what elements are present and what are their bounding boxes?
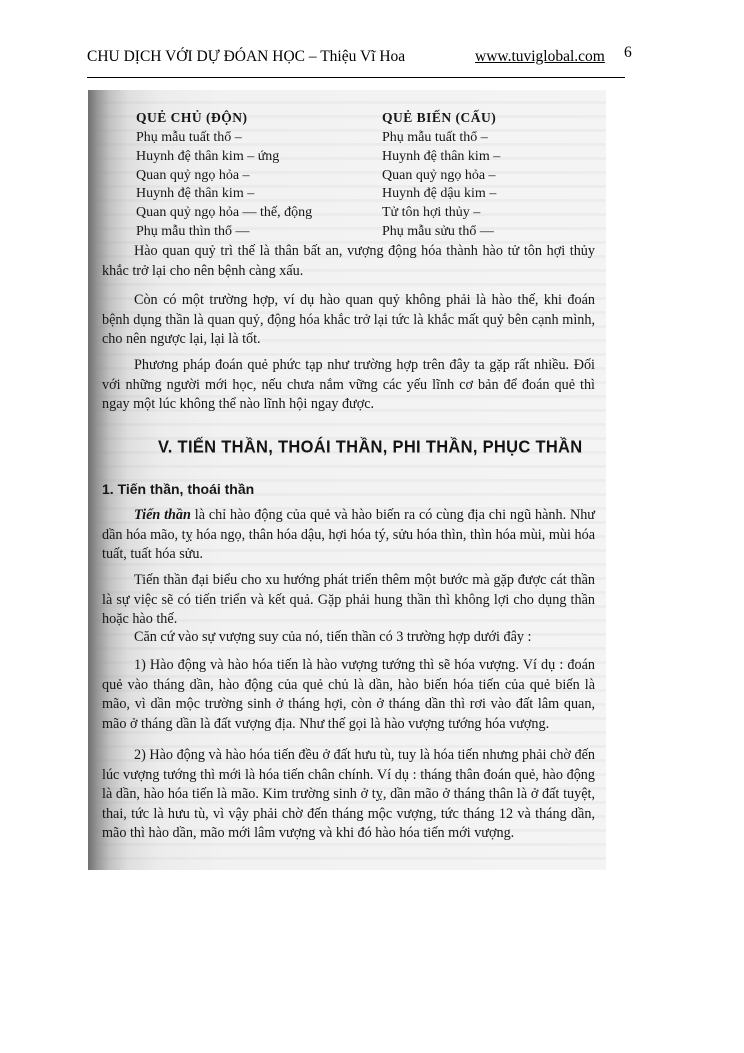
paragraph-text: 1) Hào động và hào hóa tiến là hào vượng… (102, 656, 595, 734)
numbered-paragraph: 2) Hào động và hào hóa tiến đều ở đất hư… (102, 746, 595, 844)
paragraph-text: Phương pháp đoán quẻ phức tạp như trường… (102, 356, 595, 415)
paragraph-text: Căn cứ vào sự vượng suy của nó, tiến thầ… (102, 628, 595, 648)
definition-paragraph: Tiến thần là chỉ hào động của quẻ và hào… (102, 506, 595, 565)
line-item: Quan quỷ ngọ hỏa — thế, động (136, 204, 376, 223)
website-link[interactable]: www.tuviglobal.com (475, 48, 605, 66)
page-header: CHU DỊCH VỚI DỰ ĐÓAN HỌC – Thiệu Vĩ Hoa … (87, 44, 639, 68)
column-heading: QUẺ CHỦ (ĐỘN) (136, 108, 376, 127)
subsection-heading: 1. Tiến thần, thoái thần (102, 481, 254, 497)
section-heading: V. TIẾN THẦN, THOÁI THẦN, PHI THẦN, PHỤC… (158, 437, 582, 458)
line-item: Phụ mẫu thìn thổ — (136, 223, 376, 242)
paragraph: Tiến thần đại biểu cho xu hướng phát tri… (102, 571, 595, 630)
line-item: Phụ mẫu tuất thổ – (136, 129, 376, 148)
header-divider (87, 77, 625, 78)
main-hexagram-column: QUẺ CHỦ (ĐỘN) Phụ mẫu tuất thổ – Huynh đ… (136, 108, 376, 242)
line-item: Huynh đệ dậu kim – (382, 185, 606, 204)
line-item: Phụ mẫu sửu thổ — (382, 223, 606, 242)
line-item: Tử tôn hợi thủy – (382, 204, 606, 223)
paragraph: Phương pháp đoán quẻ phức tạp như trường… (102, 356, 595, 415)
line-item: Huynh đệ thân kim – (382, 148, 606, 167)
paragraph-text: Còn có một trường hợp, ví dụ hào quan qu… (102, 291, 595, 350)
line-item: Huynh đệ thân kim – (136, 185, 376, 204)
paragraph-text: Tiến thần đại biểu cho xu hướng phát tri… (102, 571, 595, 630)
book-title: CHU DỊCH VỚI DỰ ĐÓAN HỌC – Thiệu Vĩ Hoa (87, 48, 405, 66)
scanned-page-image: QUẺ CHỦ (ĐỘN) Phụ mẫu tuất thổ – Huynh đ… (88, 90, 606, 870)
paragraph: Hào quan quỷ trì thế là thân bất an, vượ… (102, 242, 595, 281)
defined-term: Tiến thần (134, 507, 191, 523)
numbered-paragraph: 1) Hào động và hào hóa tiến là hào vượng… (102, 656, 595, 734)
paragraph: Căn cứ vào sự vượng suy của nó, tiến thầ… (102, 628, 595, 648)
page-number: 6 (624, 44, 632, 62)
definition-text: Tiến thần là chỉ hào động của quẻ và hào… (102, 506, 595, 565)
line-item: Quan quỷ ngọ hỏa – (382, 167, 606, 186)
paragraph: Còn có một trường hợp, ví dụ hào quan qu… (102, 291, 595, 350)
paragraph-text: 2) Hào động và hào hóa tiến đều ở đất hư… (102, 746, 595, 844)
line-item: Phụ mẫu tuất thổ – (382, 129, 606, 148)
line-item: Quan quỷ ngọ hỏa – (136, 167, 376, 186)
column-heading: QUẺ BIẾN (CẤU) (382, 108, 606, 127)
changed-hexagram-column: QUẺ BIẾN (CẤU) Phụ mẫu tuất thổ – Huynh … (382, 108, 606, 242)
paragraph-text: Hào quan quỷ trì thế là thân bất an, vượ… (102, 242, 595, 281)
line-item: Huynh đệ thân kim – ứng (136, 148, 376, 167)
